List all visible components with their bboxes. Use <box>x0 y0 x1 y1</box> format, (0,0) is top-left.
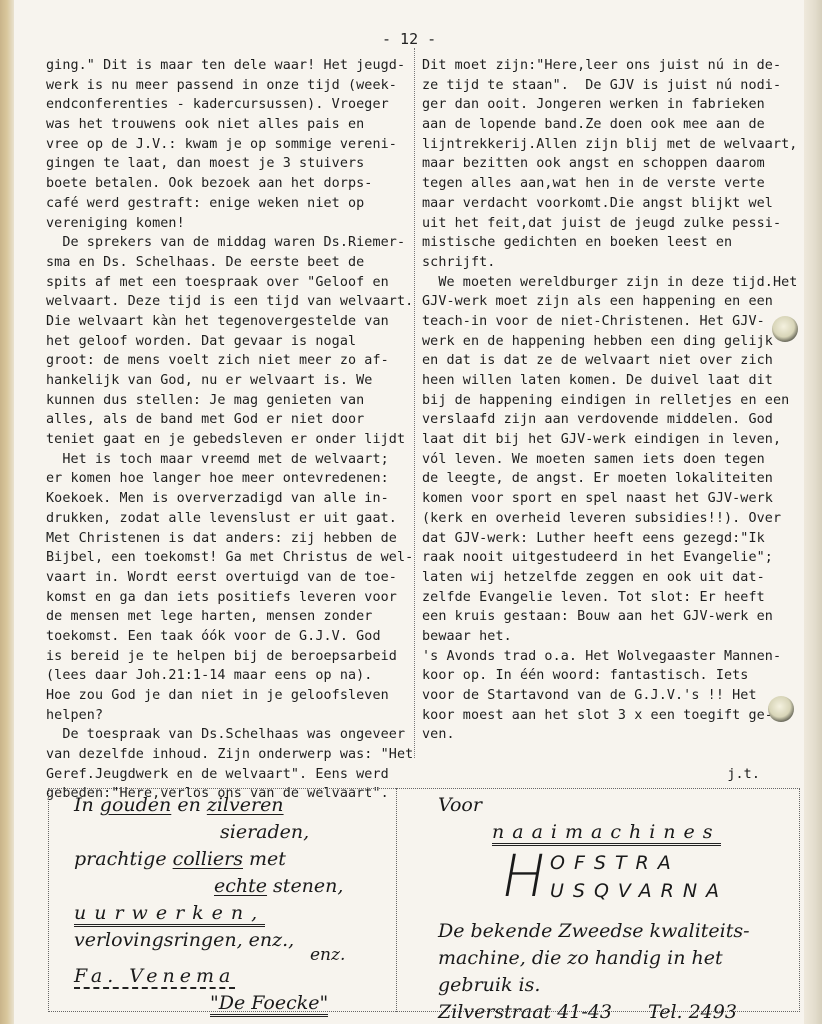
brand-line: USQVARNA <box>550 878 728 905</box>
ad-line: machine, die zo handig in het <box>438 945 778 972</box>
text-line: schrijft. <box>422 253 792 273</box>
text-line: 's Avonds trad o.a. Het Wolvegaaster Man… <box>422 647 792 667</box>
text-line: vereniging komen! <box>46 214 391 234</box>
text-line: spits af met een toespraak over "Geloof … <box>46 273 391 293</box>
text-line: Met Christenen is dat anders: zij hebben… <box>46 529 391 549</box>
text-line: GJV-werk moet zijn als een happening en … <box>422 292 792 312</box>
text-line: laat dit bij het GJV-werk eindigen in le… <box>422 430 792 450</box>
ad-shop-name: "De Foecke" <box>74 990 374 1017</box>
text-line: hankelijk van God, nu er welvaart is. We <box>46 371 391 391</box>
text-line: vól leven. We moeten samen iets doen teg… <box>422 450 792 470</box>
ad-underlined-word: gouden <box>100 794 171 816</box>
text-line: vree op de J.V.: kwam je op sommige vere… <box>46 135 391 155</box>
text-line: helpen? <box>46 706 391 726</box>
text-line: raak nooit uitgestudeerd in het Evangeli… <box>422 548 792 568</box>
ad-underlined-word: zilveren <box>207 794 284 816</box>
text-line: Bijbel, een toekomst! Ga met Christus de… <box>46 548 391 568</box>
text-line: het geloof worden. Dat gevaar is nogal <box>46 332 391 352</box>
text-line: bij de happening eindigen in relletjes e… <box>422 391 792 411</box>
paper-edge <box>804 0 822 1024</box>
author-signature: j.t. <box>422 765 792 785</box>
text-line: Dit moet zijn:"Here,leer ons juist nú in… <box>422 56 792 76</box>
text-line: zelfde Evangelie leven. Tot slot: Er hee… <box>422 588 792 608</box>
ad-underlined-word: colliers <box>173 848 243 870</box>
brand-line: OFSTRA <box>550 850 680 877</box>
text-line: mistische gedichten en boeken leest en <box>422 233 792 253</box>
text-line: koor moest aan het slot 3 x een toegift … <box>422 706 792 726</box>
column-divider <box>414 48 415 758</box>
text-line: de mensen met lege harten, mensen zonder <box>46 607 391 627</box>
text-line: De sprekers van de middag waren Ds.Rieme… <box>46 233 391 253</box>
advertisement-venema: In gouden en zilveren sieraden, prachtig… <box>74 792 374 1017</box>
article-right-column: Dit moet zijn:"Here,leer ons juist nú in… <box>422 56 792 784</box>
text-line: kunnen dus stellen: Je mag genieten van <box>46 391 391 411</box>
text-line: Die welvaart kàn het tegenovergestelde v… <box>46 312 391 332</box>
article-left-column: ging." Dit is maar ten dele waar! Het je… <box>46 56 391 804</box>
text-line: sma en Ds. Schelhaas. De eerste beet de <box>46 253 391 273</box>
ad-line: prachtige colliers met <box>74 846 374 873</box>
text-line: koor op. In één woord: fantastisch. Iets <box>422 666 792 686</box>
ad-underlined-word: echte <box>214 875 267 897</box>
text-line: vaart in. Wordt eerst overtuigd van de t… <box>46 568 391 588</box>
text-line: voor de Startavond van de G.J.V.'s !! He… <box>422 686 792 706</box>
text-line: een kruis gestaan: Bouw aan het GJV-werk… <box>422 607 792 627</box>
text-line: drukken, zodat alle levenslust er uit ga… <box>46 509 391 529</box>
text-line: komst en ga dan iets positiefs leveren v… <box>46 588 391 608</box>
text-line: heen willen laten komen. De duivel laat … <box>422 371 792 391</box>
text-line: De toespraak van Ds.Schelhaas was ongeve… <box>46 725 391 745</box>
text-line: ven. <box>422 725 792 745</box>
text-line: ze tijd te staan". De GJV is juist nú no… <box>422 76 792 96</box>
text-line: café werd gestraft: enige weken niet op <box>46 194 391 214</box>
text-line: van dezelfde inhoud. Zijn onderwerp was:… <box>46 745 391 765</box>
text-line: (kerk en overheid leveren subsidies!!). … <box>422 509 792 529</box>
ad-line: gebruik is. <box>438 972 778 999</box>
text-line: dat GJV-werk: Luther heeft eens gezegd:"… <box>422 529 792 549</box>
text-line: toekomst. Een taak óók voor de G.J.V. Go… <box>46 627 391 647</box>
text-line: gingen te laat, dan moest je 3 stuivers <box>46 154 391 174</box>
page-number: - 12 - <box>382 30 436 48</box>
text-line: is bereid je te helpen bij de beroepsarb… <box>46 647 391 667</box>
text-line: uit het feit,dat juist de jeugd zulke pe… <box>422 214 792 234</box>
text-line: welvaart. Deze tijd is een tijd van welv… <box>46 292 391 312</box>
text-line: laten wij hetzelfde zeggen en ook uit da… <box>422 568 792 588</box>
text-line: Hoe zou God je dan niet in je geloofslev… <box>46 686 391 706</box>
brand-logo: H OFSTRA USQVARNA <box>438 848 778 918</box>
text-line: boete betalen. Ook bezoek aan het dorps- <box>46 174 391 194</box>
text-line: ging." Dit is maar ten dele waar! Het je… <box>46 56 391 76</box>
ad-line: De bekende Zweedse kwaliteits- <box>438 918 778 945</box>
binding-edge <box>0 0 14 1024</box>
text-line: en dat is dat ze de welvaart niet over z… <box>422 351 792 371</box>
ad-line: naaimachines <box>438 819 778 846</box>
text-line: (lees daar Joh.21:1-14 maar eens op na). <box>46 666 391 686</box>
text-line: groot: de mens voelt zich niet meer zo a… <box>46 351 391 371</box>
text-line: tegen alles aan,wat hen in de verste ver… <box>422 174 792 194</box>
punch-hole <box>768 696 794 722</box>
brand-initial: H <box>496 844 551 908</box>
text-line: endconferenties - kadercursussen). Vroeg… <box>46 95 391 115</box>
text-line: maar bezitten ook angst en schoppen daar… <box>422 154 792 174</box>
text-line: aan de lopende band.Ze doen ook mee aan … <box>422 115 792 135</box>
text-line: werk is nu meer passend in onze tijd (we… <box>46 76 391 96</box>
punch-hole <box>772 316 798 342</box>
text-line: was het trouwens ook niet alles pais en <box>46 115 391 135</box>
text-line: alles, als de band met God er niet door <box>46 410 391 430</box>
ad-address: Zilverstraat 41-43Tel. 2493 <box>438 999 778 1024</box>
text-line: werk en de happening hebben een ding gel… <box>422 332 792 352</box>
advertisement-divider <box>396 788 397 1012</box>
ad-underlined-word: uurwerken, <box>74 902 265 927</box>
text-line: teniet gaat en je gebedsleven er onder l… <box>46 430 391 450</box>
ad-line: uurwerken, <box>74 900 374 927</box>
text-line: Het is toch maar vreemd met de welvaart; <box>46 450 391 470</box>
text-line: Koekoek. Men is oververzadigd van alle i… <box>46 489 391 509</box>
ad-line: Voor <box>438 792 778 819</box>
advertisement-hofstra: Voor naaimachines H OFSTRA USQVARNA De b… <box>438 792 778 1024</box>
text-line: We moeten wereldburger zijn in deze tijd… <box>422 273 792 293</box>
text-line: bewaar het. <box>422 627 792 647</box>
text-line: de leegte, de angst. Er moeten lokalitei… <box>422 469 792 489</box>
ad-line: sieraden, <box>74 819 374 846</box>
text-line: lijntrekkerij.Allen zijn blij met de wel… <box>422 135 792 155</box>
text-line: ger dan ooit. Jongeren werken in fabriek… <box>422 95 792 115</box>
text-line: komen voor sport en spel naast het GJV-w… <box>422 489 792 509</box>
blank-line <box>422 745 792 765</box>
text-line: teach-in voor de niet-Christenen. Het GJ… <box>422 312 792 332</box>
ad-line: In gouden en zilveren <box>74 792 374 819</box>
text-line: verslaafd zijn aan verdovende middelen. … <box>422 410 792 430</box>
text-line: Geref.Jeugdwerk en de welvaart". Eens we… <box>46 765 391 785</box>
ad-line: echte stenen, <box>74 873 374 900</box>
text-line: maar verdacht voorkomt.Die angst blijkt … <box>422 194 792 214</box>
text-line: er komen hoe langer hoe meer ontevredene… <box>46 469 391 489</box>
